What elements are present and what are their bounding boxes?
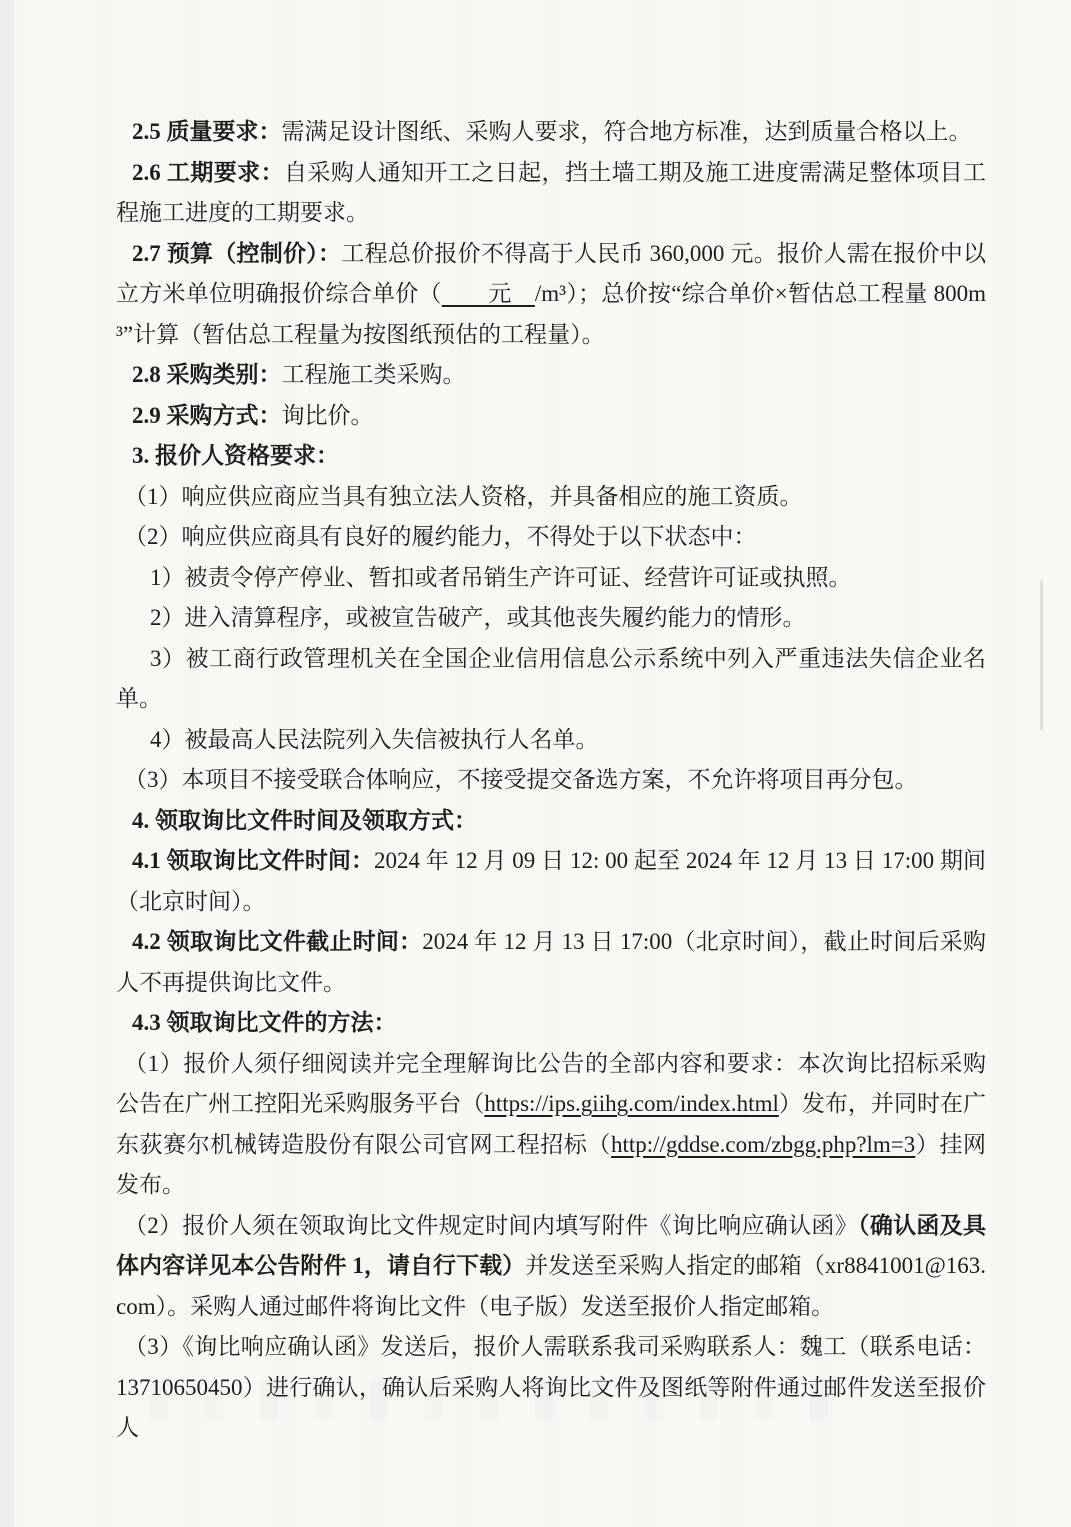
scan-artifact (1040, 580, 1043, 730)
text-run: 需满足设计图纸、采购人要求，符合地方标准，达到质量合格以上。 (282, 119, 972, 144)
text-run: 并发送至采购人指定的邮箱（ (525, 1253, 825, 1278)
text-run: （2）响应供应商具有良好的履约能力，不得处于以下状态中： (124, 524, 757, 549)
item-3-2: （2）响应供应商具有良好的履约能力，不得处于以下状态中： (116, 517, 986, 558)
clause-label: 2.6 工期要求： (132, 160, 284, 185)
subitem-3-2-1: 1）被责令停产停业、暂扣或者吊销生产许可证、经营许可证或执照。 (116, 558, 986, 599)
url-gddse: http://gddse.com/zbgg.php?lm=3 (611, 1132, 915, 1157)
text-run: 2）进入清算程序，或被宣告破产，或其他丧失履约能力的情形。 (150, 605, 806, 630)
document-content: 2.5 质量要求：需满足设计图纸、采购人要求，符合地方标准，达到质量合格以上。2… (116, 112, 986, 1449)
scan-artifact (0, 0, 14, 1527)
text-run: （3）本项目不接受联合体响应，不接受提交备选方案，不允许将项目再分包。 (124, 767, 918, 792)
clause-2-9-method: 2.9 采购方式：询比价。 (116, 396, 986, 437)
clause-4-2-deadline: 4.2 领取询比文件截止时间：2024 年 12 月 13 日 17:00（北京… (116, 922, 986, 1003)
item-3-1: （1）响应供应商应当具有独立法人资格，并具备相应的施工资质。 (116, 477, 986, 518)
subitem-3-2-3: 3）被工商行政管理机关在全国企业信用信息公示系统中列入严重违法失信企业名单。 (116, 639, 986, 720)
clause-4-3-method-heading: 4.3 领取询比文件的方法： (116, 1003, 986, 1044)
clause-2-6-schedule: 2.6 工期要求：自采购人通知开工之日起，挡土墙工期及施工进度需满足整体项目工程… (116, 153, 986, 234)
clause-label: 4.3 领取询比文件的方法： (132, 1010, 397, 1035)
text-run: （3）《询比响应确认函》发送后，报价人需联系我司采购联系人：魏工（联系电话： (124, 1334, 986, 1359)
text-run: 3）被工商行政管理机关在全国企业信用信息公示系统中列入严重违法失信企业名单。 (116, 646, 986, 712)
text-run: 1）被责令停产停业、暂扣或者吊销生产许可证、经营许可证或执照。 (150, 565, 852, 590)
clause-label: 2.5 质量要求： (132, 119, 282, 144)
item-4-3-3: （3）《询比响应确认函》发送后，报价人需联系我司采购联系人：魏工（联系电话：13… (116, 1327, 986, 1449)
clause-2-7-budget: 2.7 预算（控制价）：工程总价报价不得高于人民币 360,000 元。报价人需… (116, 234, 986, 356)
text-run: （1）响应供应商应当具有独立法人资格，并具备相应的施工资质。 (124, 484, 803, 509)
section-label: 3. 报价人资格要求： (132, 443, 339, 468)
item-4-3-2: （2）报价人须在领取询比文件规定时间内填写附件《询比响应确认函》（确认函及具体内… (116, 1206, 986, 1328)
phone-number: 13710650450 (116, 1375, 243, 1400)
text-run: ）进行确认，确认后采购人将询比文件及图纸等附件通过邮件发送至报价人 (116, 1375, 986, 1441)
clause-2-8-category: 2.8 采购类别：工程施工类采购。 (116, 355, 986, 396)
clause-label: 2.7 预算（控制价）： (132, 241, 341, 266)
scanned-document-page: 2.5 质量要求：需满足设计图纸、采购人要求，符合地方标准，达到质量合格以上。2… (0, 0, 1071, 1527)
subitem-3-2-2: 2）进入清算程序，或被宣告破产，或其他丧失履约能力的情形。 (116, 598, 986, 639)
text-run: 工程施工类采购。 (282, 362, 466, 387)
section-4-heading: 4. 领取询比文件时间及领取方式： (116, 801, 986, 842)
item-4-3-1: （1）报价人须仔细阅读并完全理解询比公告的全部内容和要求：本次询比招标采购公告在… (116, 1044, 986, 1206)
price-blank-field: 元 (442, 281, 535, 306)
text-run: 询比价。 (282, 403, 374, 428)
url-ips-platform: https://ips.giihg.com/index.html (484, 1091, 779, 1116)
clause-4-1-time: 4.1 领取询比文件时间：2024 年 12 月 09 日 12: 00 起至 … (116, 841, 986, 922)
text-run: ）。采购人通过邮件将询比文件（电子版）发送至报价人指定邮箱。 (156, 1294, 835, 1319)
clause-label: 2.9 采购方式： (132, 403, 282, 428)
clause-label: 2.8 采购类别： (132, 362, 282, 387)
item-3-3: （3）本项目不接受联合体响应，不接受提交备选方案，不允许将项目再分包。 (116, 760, 986, 801)
text-run: （2）报价人须在领取询比文件规定时间内填写附件《询比响应确认函》 (124, 1213, 858, 1238)
clause-label: 4.2 领取询比文件截止时间： (132, 929, 422, 954)
clause-2-5-quality: 2.5 质量要求：需满足设计图纸、采购人要求，符合地方标准，达到质量合格以上。 (116, 112, 986, 153)
section-3-qualification-heading: 3. 报价人资格要求： (116, 436, 986, 477)
clause-label: 4.1 领取询比文件时间： (132, 848, 374, 873)
text-run: 4）被最高人民法院列入失信被执行人名单。 (150, 727, 599, 752)
subitem-3-2-4: 4）被最高人民法院列入失信被执行人名单。 (116, 720, 986, 761)
section-label: 4. 领取询比文件时间及领取方式： (132, 808, 477, 833)
